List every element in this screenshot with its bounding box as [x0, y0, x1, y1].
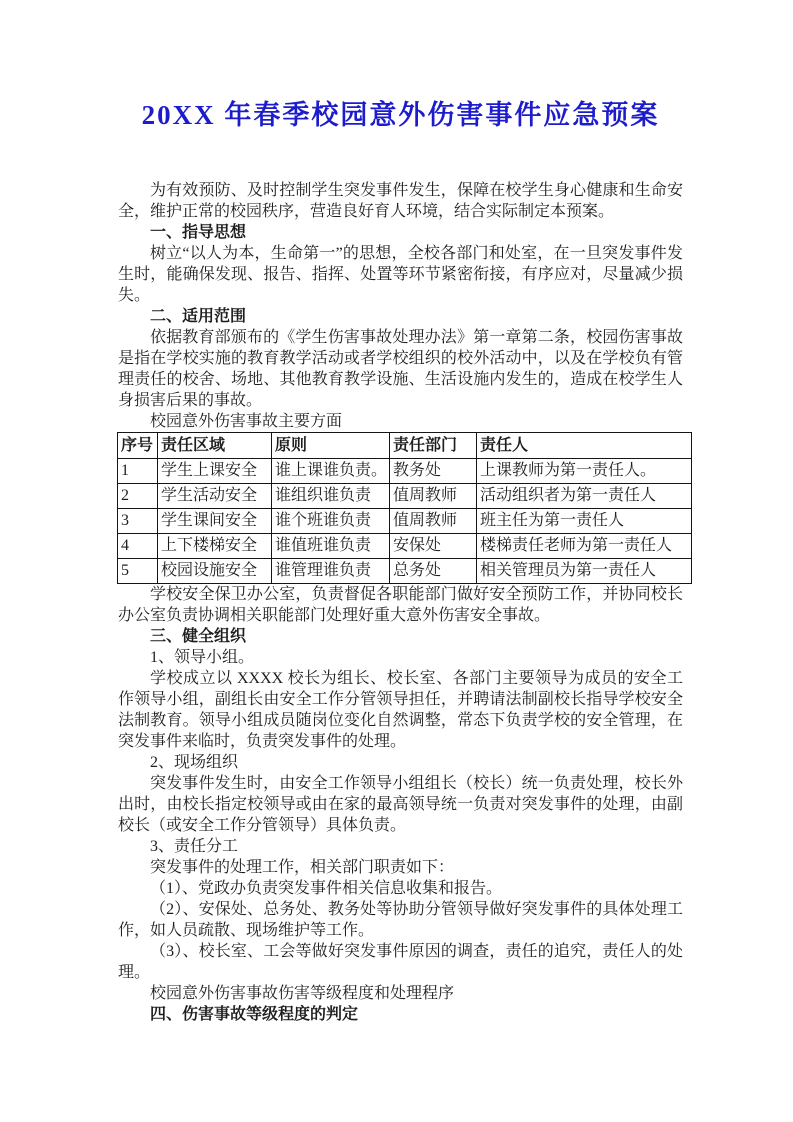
table-header-cell: 原则 [272, 433, 390, 459]
table-cell: 5 [118, 559, 158, 584]
table-cell: 值周教师 [390, 484, 477, 509]
paragraph-level-procedure: 校园意外伤害事故伤害等级程度和处理程序 [118, 983, 683, 1004]
subitem-responsibility-division: 3、责任分工 [118, 836, 683, 857]
table-cell: 校园设施安全 [158, 559, 272, 584]
table-header-cell: 责任区域 [158, 433, 272, 459]
table-cell: 活动组织者为第一责任人 [477, 484, 692, 509]
table-cell: 谁个班谁负责 [272, 509, 390, 534]
table-caption: 校园意外伤害事故主要方面 [118, 411, 683, 432]
heading-organization: 三、健全组织 [118, 626, 683, 647]
heading-guiding-ideology: 一、指导思想 [118, 222, 683, 243]
table-header-cell: 责任人 [477, 433, 692, 459]
paragraph-duties-intro: 突发事件的处理工作，相关部门职责如下： [118, 857, 683, 878]
document-page: 20XX 年春季校园意外伤害事件应急预案 为有效预防、及时控制学生突发事件发生，… [0, 0, 793, 1122]
paragraph-duty-2: （2）、安保处、总务处、教务处等协助分管领导做好突发事件的具体处理工作，如人员疏… [118, 899, 683, 941]
table-cell: 总务处 [390, 559, 477, 584]
table-cell: 楼梯责任老师为第一责任人 [477, 534, 692, 559]
table-cell: 教务处 [390, 459, 477, 484]
table-cell: 值周教师 [390, 509, 477, 534]
subitem-onsite-organization: 2、现场组织 [118, 752, 683, 773]
table-cell: 4 [118, 534, 158, 559]
table-cell: 3 [118, 509, 158, 534]
table-cell: 相关管理员为第一责任人 [477, 559, 692, 584]
paragraph-scope: 依据教育部颁布的《学生伤害事故处理办法》第一章第二条，校园伤害事故是指在学校实施… [118, 327, 683, 411]
table-cell: 上下楼梯安全 [158, 534, 272, 559]
intro-paragraph: 为有效预防、及时控制学生突发事件发生，保障在校学生身心健康和生命安全，维护正常的… [118, 180, 683, 222]
responsibility-table: 序号 责任区域 原则 责任部门 责任人 1 学生上课安全 谁上课谁负责。 教务处… [117, 432, 692, 584]
paragraph-guiding-ideology: 树立“以人为本，生命第一”的思想，全校各部门和处室，在一旦突发事件发生时，能确保… [118, 243, 683, 306]
heading-scope: 二、适用范围 [118, 306, 683, 327]
table-cell: 上课教师为第一责任人。 [477, 459, 692, 484]
document-title: 20XX 年春季校园意外伤害事件应急预案 [118, 97, 683, 134]
table-row: 5 校园设施安全 谁管理谁负责 总务处 相关管理员为第一责任人 [118, 559, 692, 584]
table-row: 3 学生课间安全 谁个班谁负责 值周教师 班主任为第一责任人 [118, 509, 692, 534]
heading-injury-level-determination: 四、伤害事故等级程度的判定 [118, 1004, 683, 1025]
paragraph-leading-group: 学校成立以 XXXX 校长为组长、校长室、各部门主要领导为成员的安全工作领导小组… [118, 668, 683, 752]
table-cell: 学生活动安全 [158, 484, 272, 509]
paragraph-duty-1: （1）、党政办负责突发事件相关信息收集和报告。 [118, 878, 683, 899]
table-cell: 谁上课谁负责。 [272, 459, 390, 484]
table-header-cell: 序号 [118, 433, 158, 459]
paragraph-onsite-organization: 突发事件发生时，由安全工作领导小组组长（校长）统一负责处理，校长外出时，由校长指… [118, 773, 683, 836]
table-cell: 谁管理谁负责 [272, 559, 390, 584]
table-cell: 2 [118, 484, 158, 509]
table-cell: 班主任为第一责任人 [477, 509, 692, 534]
table-row: 1 学生上课安全 谁上课谁负责。 教务处 上课教师为第一责任人。 [118, 459, 692, 484]
table-header-row: 序号 责任区域 原则 责任部门 责任人 [118, 433, 692, 459]
paragraph-security-office: 学校安全保卫办公室，负责督促各职能部门做好安全预防工作，并协同校长办公室负责协调… [118, 584, 683, 626]
table-cell: 1 [118, 459, 158, 484]
table-cell: 谁组织谁负责 [272, 484, 390, 509]
table-row: 4 上下楼梯安全 谁值班谁负责 安保处 楼梯责任老师为第一责任人 [118, 534, 692, 559]
subitem-leading-group: 1、领导小组。 [118, 647, 683, 668]
table-row: 2 学生活动安全 谁组织谁负责 值周教师 活动组织者为第一责任人 [118, 484, 692, 509]
table-header-cell: 责任部门 [390, 433, 477, 459]
table-cell: 安保处 [390, 534, 477, 559]
table-cell: 谁值班谁负责 [272, 534, 390, 559]
table-cell: 学生课间安全 [158, 509, 272, 534]
paragraph-duty-3: （3）、校长室、工会等做好突发事件原因的调查，责任的追究，责任人的处理。 [118, 941, 683, 983]
table-cell: 学生上课安全 [158, 459, 272, 484]
